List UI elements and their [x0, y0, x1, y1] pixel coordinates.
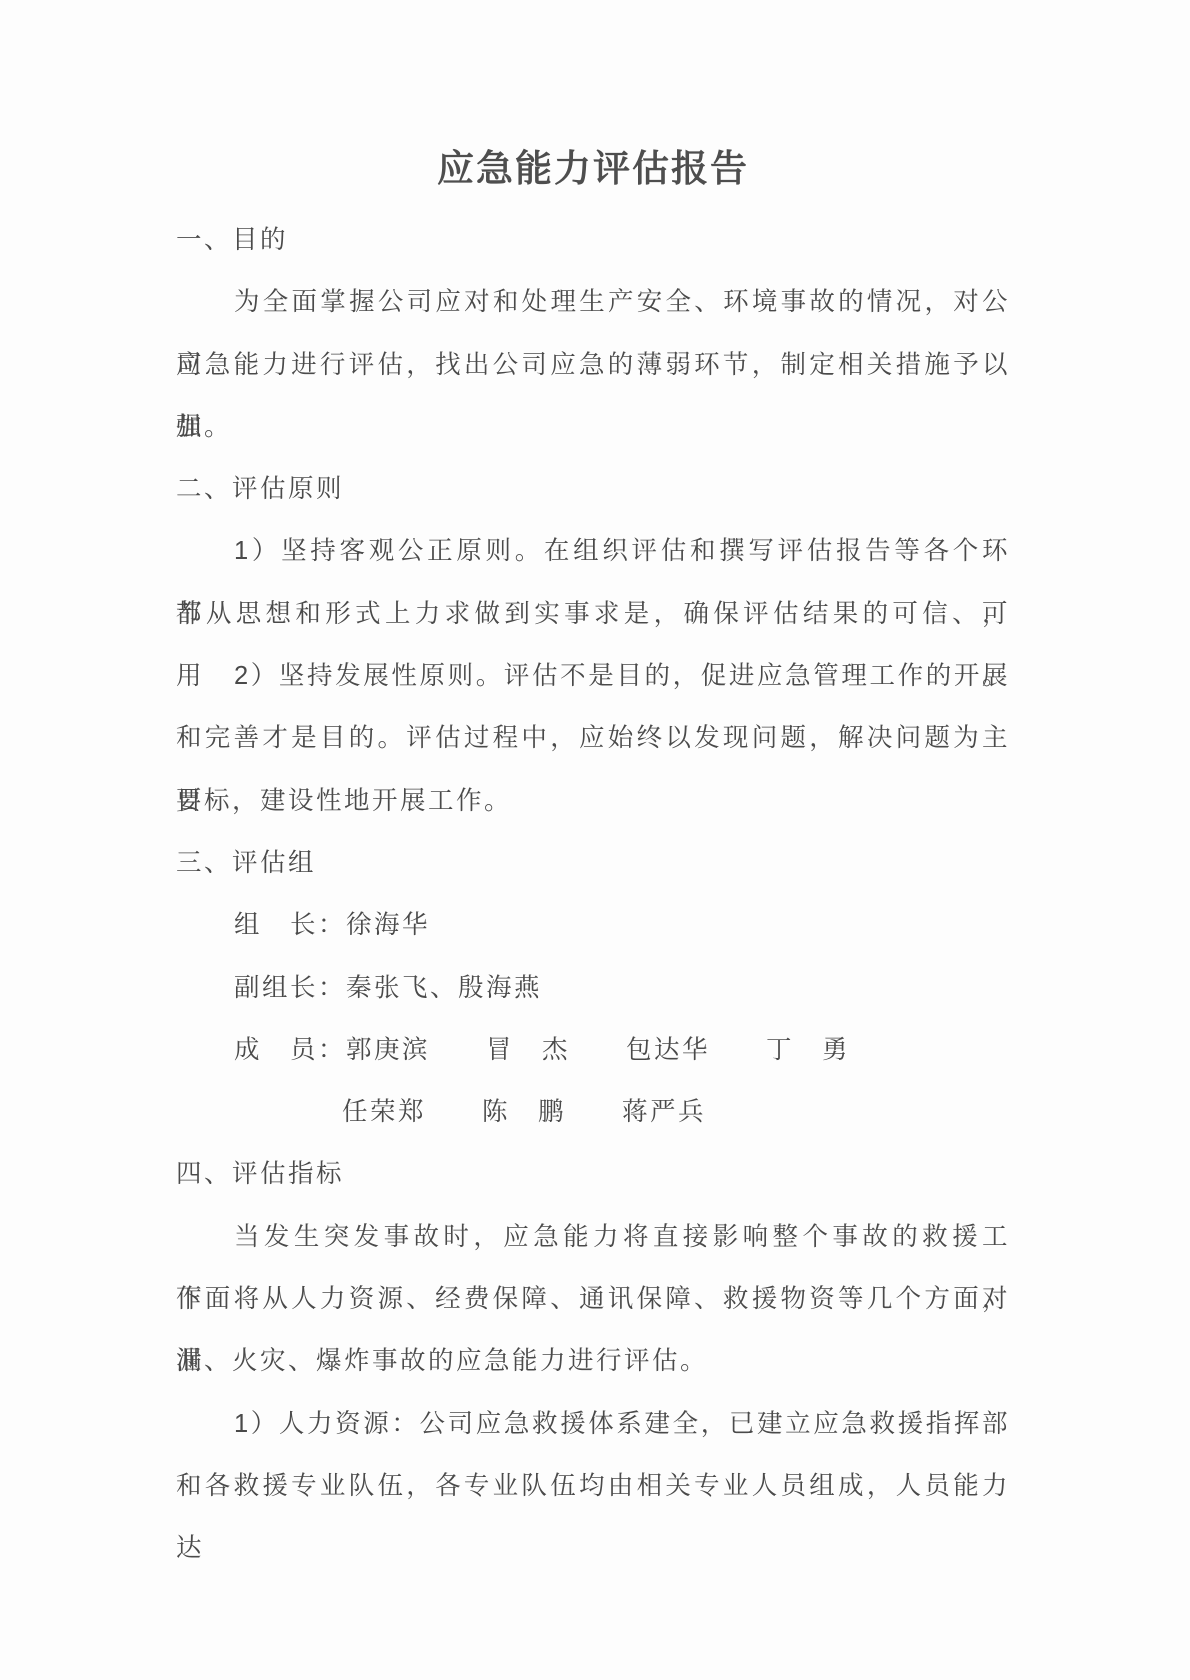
text-line: 都从思想和形式上力求做到实事求是，确保评估结果的可信、可用。: [176, 583, 1010, 645]
document-body: 一、目的 为全面掌握公司应对和处理生产安全、环境事故的情况，对公司 应急能力进行…: [176, 209, 1010, 1517]
text-line: 和完善才是目的。评估过程中，应始终以发现问题，解决问题为主要: [176, 707, 1010, 769]
team-members-line: 任荣郑 陈 鹏 蒋严兵: [176, 1081, 1010, 1143]
document-page: 应急能力评估报告 一、目的 为全面掌握公司应对和处理生产安全、环境事故的情况，对…: [0, 0, 1190, 1680]
text-line: 和各救援专业队伍，各专业队伍均由相关专业人员组成，人员能力达: [176, 1455, 1010, 1517]
text-line: 1）人力资源：公司应急救援体系建全，已建立应急救援指挥部: [176, 1393, 1010, 1455]
text-line: 目标，建设性地开展工作。: [176, 770, 1010, 832]
text-line: 应急能力进行评估，找出公司应急的薄弱环节，制定相关措施予以加: [176, 334, 1010, 396]
text-line: 2）坚持发展性原则。评估不是目的，促进应急管理工作的开展: [176, 645, 1010, 707]
section-heading-purpose: 一、目的: [176, 209, 1010, 271]
team-deputy-leader-line: 副组长：秦张飞、殷海燕: [176, 957, 1010, 1019]
text-line: 下面将从人力资源、经费保障、通讯保障、救援物资等几个方面对泄: [176, 1268, 1010, 1330]
document-title: 应急能力评估报告: [176, 143, 1010, 195]
section-heading-principles: 二、评估原则: [176, 458, 1010, 520]
section-heading-team: 三、评估组: [176, 832, 1010, 894]
section-heading-indicators: 四、评估指标: [176, 1143, 1010, 1205]
team-members-line: 成 员：郭庚滨 冒 杰 包达华 丁 勇: [176, 1019, 1010, 1081]
text-line: 当发生突发事故时，应急能力将直接影响整个事故的救援工作，: [176, 1206, 1010, 1268]
text-line: 1）坚持客观公正原则。在组织评估和撰写评估报告等各个环节，: [176, 520, 1010, 582]
text-line: 漏、火灾、爆炸事故的应急能力进行评估。: [176, 1330, 1010, 1392]
text-line: 为全面掌握公司应对和处理生产安全、环境事故的情况，对公司: [176, 271, 1010, 333]
team-leader-line: 组 长：徐海华: [176, 894, 1010, 956]
text-line: 强。: [176, 396, 1010, 458]
